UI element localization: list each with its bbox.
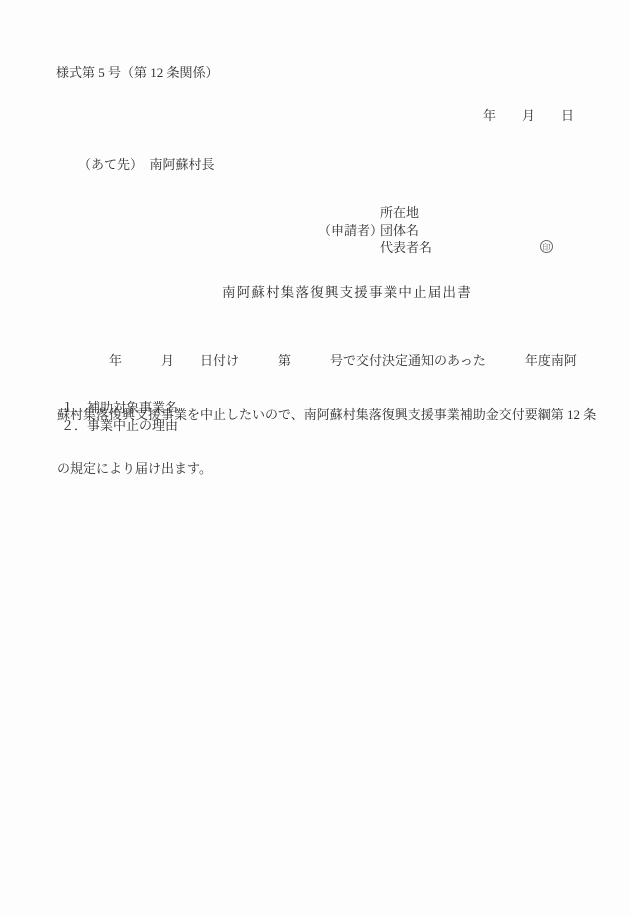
addressee-line: （あて先） 南阿蘇村長	[78, 156, 215, 174]
applicant-address-label: 所在地	[380, 204, 419, 222]
document-title: 南阿蘇村集落復興支援事業中止届出書	[222, 284, 472, 302]
applicant-group-name-label: 団体名	[380, 222, 419, 240]
seal-mark-icon: 印	[540, 240, 553, 253]
applicant-label: （申請者）	[318, 222, 383, 240]
form-number: 様式第 5 号（第 12 条関係）	[56, 64, 219, 82]
body-line-1: 年 月 日付け 第 号で交付決定通知のあった 年度南阿	[57, 352, 602, 370]
item-cancellation-reason: ２．事業中止の理由	[61, 417, 178, 435]
date-line: 年 月 日	[483, 107, 574, 125]
document-page: 様式第 5 号（第 12 条関係） 年 月 日 （あて先） 南阿蘇村長 （申請者…	[0, 0, 630, 915]
item-subsidy-target-business-name: １．補助対象事業名	[61, 399, 178, 417]
applicant-representative-label: 代表者名	[380, 239, 432, 257]
body-line-3: の規定により届け出ます。	[57, 460, 602, 478]
